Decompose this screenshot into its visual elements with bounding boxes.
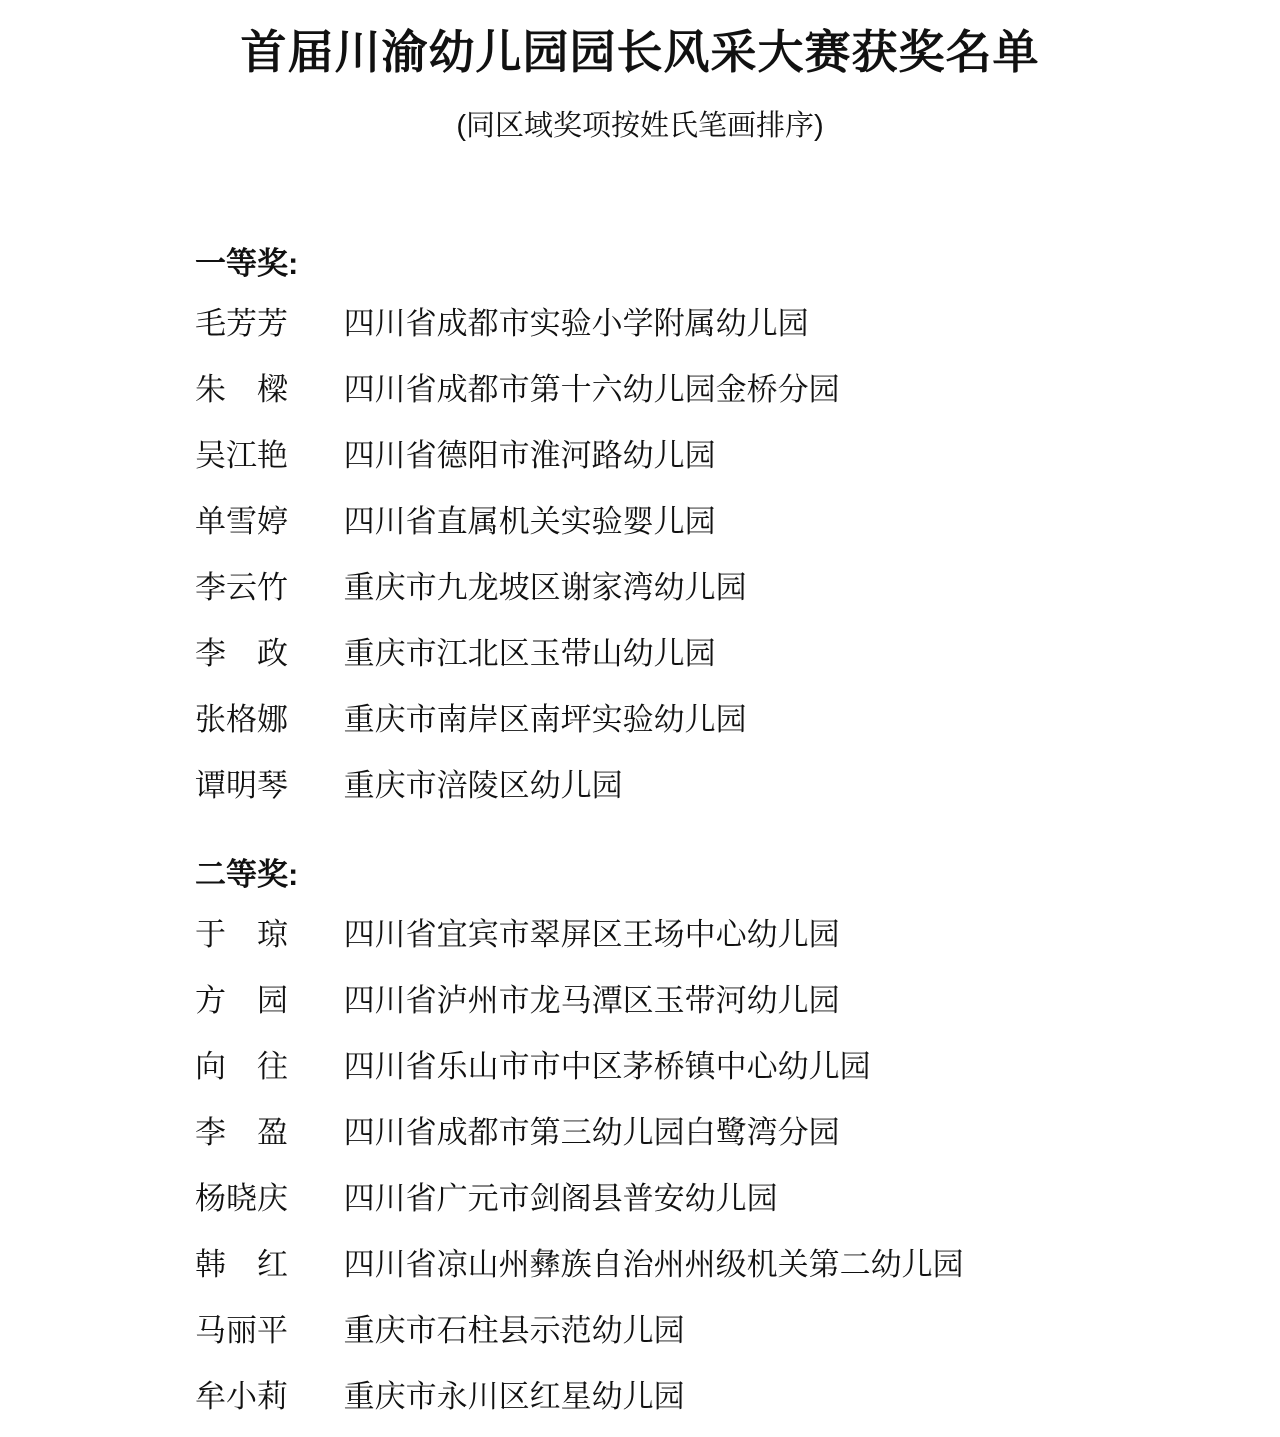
section-heading: 一等奖: xyxy=(195,248,1220,280)
winner-row: 于 琼 四川省宜宾市翠屏区王场中心幼儿园 xyxy=(195,919,1220,951)
winner-row: 李云竹 重庆市九龙坡区谢家湾幼儿园 xyxy=(195,572,1220,604)
winner-institution: 四川省乐山市市中区茅桥镇中心幼儿园 xyxy=(344,1051,871,1083)
winner-institution: 四川省成都市实验小学附属幼儿园 xyxy=(344,308,809,340)
winner-institution: 四川省凉山州彝族自治州州级机关第二幼儿园 xyxy=(344,1249,964,1281)
winner-institution: 四川省直属机关实验婴儿园 xyxy=(344,506,716,538)
winner-institution: 四川省德阳市淮河路幼儿园 xyxy=(344,440,716,472)
page-title: 首届川渝幼儿园园长风采大赛获奖名单 xyxy=(0,26,1280,79)
winner-row: 马丽平 重庆市石柱县示范幼儿园 xyxy=(195,1315,1220,1347)
winner-institution: 四川省泸州市龙马潭区玉带河幼儿园 xyxy=(344,985,840,1017)
section-second-prize: 二等奖: 于 琼 四川省宜宾市翠屏区王场中心幼儿园 方 园 四川省泸州市龙马潭区… xyxy=(195,859,1220,1413)
winner-institution: 四川省广元市剑阁县普安幼儿园 xyxy=(344,1183,778,1215)
winner-name: 单雪婷 xyxy=(195,506,295,538)
winner-row: 李 盈 四川省成都市第三幼儿园白鹭湾分园 xyxy=(195,1117,1220,1149)
winner-name: 吴江艳 xyxy=(195,440,295,472)
winner-name: 于 琼 xyxy=(195,919,295,951)
winner-institution: 四川省宜宾市翠屏区王场中心幼儿园 xyxy=(344,919,840,951)
award-list: 一等奖: 毛芳芳 四川省成都市实验小学附属幼儿园 朱 樑 四川省成都市第十六幼儿… xyxy=(0,248,1280,1413)
winner-institution: 四川省成都市第三幼儿园白鹭湾分园 xyxy=(344,1117,840,1149)
winner-institution: 重庆市江北区玉带山幼儿园 xyxy=(344,638,716,670)
winner-row: 牟小莉 重庆市永川区红星幼儿园 xyxy=(195,1381,1220,1413)
winner-name: 牟小莉 xyxy=(195,1381,295,1413)
winner-name: 杨晓庆 xyxy=(195,1183,295,1215)
winner-row: 朱 樑 四川省成都市第十六幼儿园金桥分园 xyxy=(195,374,1220,406)
winner-institution: 重庆市石柱县示范幼儿园 xyxy=(344,1315,685,1347)
winner-institution: 重庆市南岸区南坪实验幼儿园 xyxy=(344,704,747,736)
winner-name: 朱 樑 xyxy=(195,374,295,406)
winner-name: 韩 红 xyxy=(195,1249,295,1281)
winner-name: 李云竹 xyxy=(195,572,295,604)
winner-row: 毛芳芳 四川省成都市实验小学附属幼儿园 xyxy=(195,308,1220,340)
winner-row: 韩 红 四川省凉山州彝族自治州州级机关第二幼儿园 xyxy=(195,1249,1220,1281)
winner-row: 方 园 四川省泸州市龙马潭区玉带河幼儿园 xyxy=(195,985,1220,1017)
winner-institution: 重庆市永川区红星幼儿园 xyxy=(344,1381,685,1413)
winner-name: 张格娜 xyxy=(195,704,295,736)
winner-row: 吴江艳 四川省德阳市淮河路幼儿园 xyxy=(195,440,1220,472)
winner-institution: 重庆市涪陵区幼儿园 xyxy=(344,770,623,802)
section-heading: 二等奖: xyxy=(195,859,1220,891)
winner-row: 李 政 重庆市江北区玉带山幼儿园 xyxy=(195,638,1220,670)
winner-row: 张格娜 重庆市南岸区南坪实验幼儿园 xyxy=(195,704,1220,736)
winner-name: 马丽平 xyxy=(195,1315,295,1347)
winner-name: 李 盈 xyxy=(195,1117,295,1149)
winner-name: 向 往 xyxy=(195,1051,295,1083)
winner-institution: 重庆市九龙坡区谢家湾幼儿园 xyxy=(344,572,747,604)
winner-row: 谭明琴 重庆市涪陵区幼儿园 xyxy=(195,770,1220,802)
winner-row: 杨晓庆 四川省广元市剑阁县普安幼儿园 xyxy=(195,1183,1220,1215)
winner-name: 方 园 xyxy=(195,985,295,1017)
section-first-prize: 一等奖: 毛芳芳 四川省成都市实验小学附属幼儿园 朱 樑 四川省成都市第十六幼儿… xyxy=(195,248,1220,802)
award-document: 首届川渝幼儿园园长风采大赛获奖名单 (同区域奖项按姓氏笔画排序) 一等奖: 毛芳… xyxy=(0,0,1280,1413)
winner-institution: 四川省成都市第十六幼儿园金桥分园 xyxy=(344,374,840,406)
winner-row: 向 往 四川省乐山市市中区茅桥镇中心幼儿园 xyxy=(195,1051,1220,1083)
winner-name: 谭明琴 xyxy=(195,770,295,802)
page-subtitle: (同区域奖项按姓氏笔画排序) xyxy=(0,103,1280,144)
winner-name: 李 政 xyxy=(195,638,295,670)
winner-name: 毛芳芳 xyxy=(195,308,295,340)
winner-row: 单雪婷 四川省直属机关实验婴儿园 xyxy=(195,506,1220,538)
